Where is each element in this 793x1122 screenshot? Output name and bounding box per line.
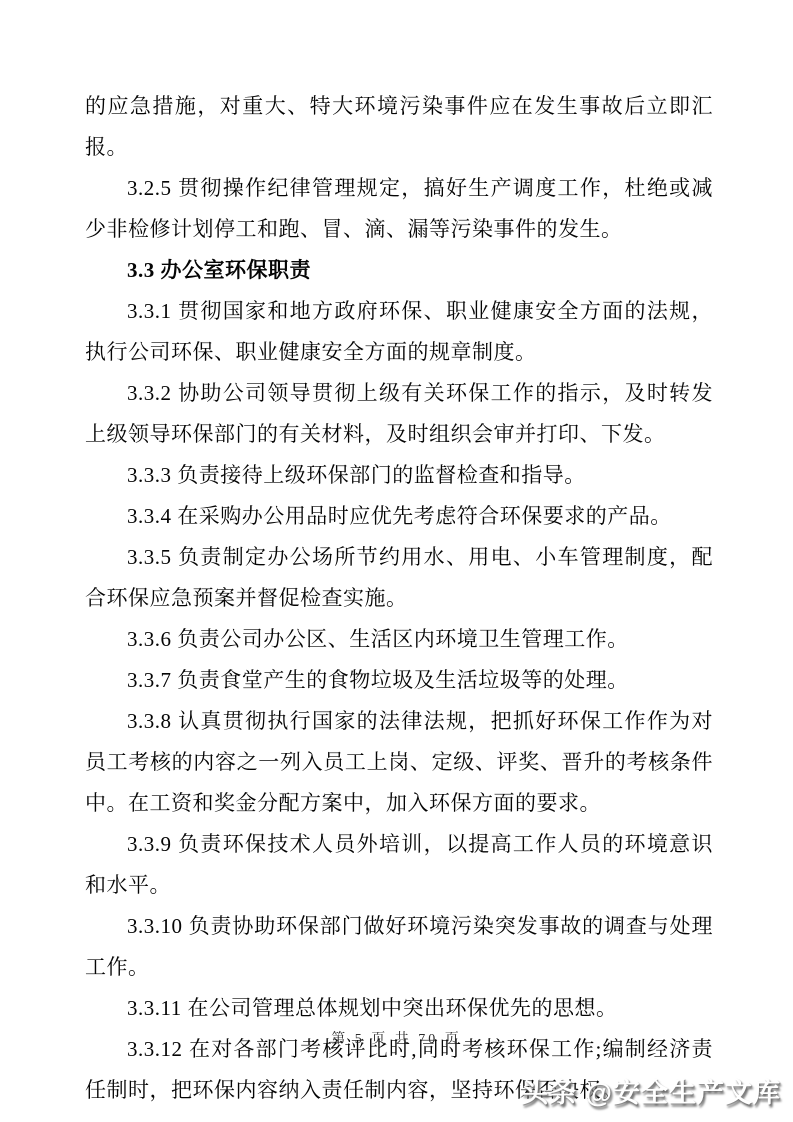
paragraph-3-3-4: 3.3.4 在采购办公用品时应优先考虑符合环保要求的产品。 bbox=[85, 496, 713, 537]
paragraph-3-3-3: 3.3.3 负责接待上级环保部门的监督检查和指导。 bbox=[85, 455, 713, 496]
page-number-footer: 第 5 页 共 70 页 bbox=[0, 1028, 793, 1048]
paragraph-3-3-7: 3.3.7 负责食堂产生的食物垃圾及生活垃圾等的处理。 bbox=[85, 660, 713, 701]
paragraph-3-3-8: 3.3.8 认真贯彻执行国家的法律法规，把抓好环保工作作为对员工考核的内容之一列… bbox=[85, 701, 713, 824]
paragraph-3-3-2: 3.3.2 协助公司领导贯彻上级有关环保工作的指示，及时转发上级领导环保部门的有… bbox=[85, 373, 713, 455]
section-heading-3-3: 3.3 办公室环保职责 bbox=[85, 250, 713, 291]
document-page: 的应急措施，对重大、特大环境污染事件应在发生事故后立即汇报。 3.2.5 贯彻操… bbox=[0, 0, 793, 1122]
watermark: 头条 @安全生产文库 bbox=[521, 1071, 781, 1110]
paragraph-continuation: 的应急措施，对重大、特大环境污染事件应在发生事故后立即汇报。 bbox=[85, 86, 713, 168]
paragraph-3-3-10: 3.3.10 负责协助环保部门做好环境污染突发事故的调查与处理工作。 bbox=[85, 906, 713, 988]
paragraph-3-3-1: 3.3.1 贯彻国家和地方政府环保、职业健康安全方面的法规，执行公司环保、职业健… bbox=[85, 291, 713, 373]
document-body: 的应急措施，对重大、特大环境污染事件应在发生事故后立即汇报。 3.2.5 贯彻操… bbox=[85, 86, 713, 1111]
paragraph-3-3-5: 3.3.5 负责制定办公场所节约用水、用电、小车管理制度，配合环保应急预案并督促… bbox=[85, 537, 713, 619]
paragraph-3-2-5: 3.2.5 贯彻操作纪律管理规定，搞好生产调度工作，杜绝或减少非检修计划停工和跑… bbox=[85, 168, 713, 250]
paragraph-3-3-11: 3.3.11 在公司管理总体规划中突出环保优先的思想。 bbox=[85, 988, 713, 1029]
paragraph-3-3-6: 3.3.6 负责公司办公区、生活区内环境卫生管理工作。 bbox=[85, 619, 713, 660]
paragraph-3-3-9: 3.3.9 负责环保技术人员外培训，以提高工作人员的环境意识和水平。 bbox=[85, 824, 713, 906]
